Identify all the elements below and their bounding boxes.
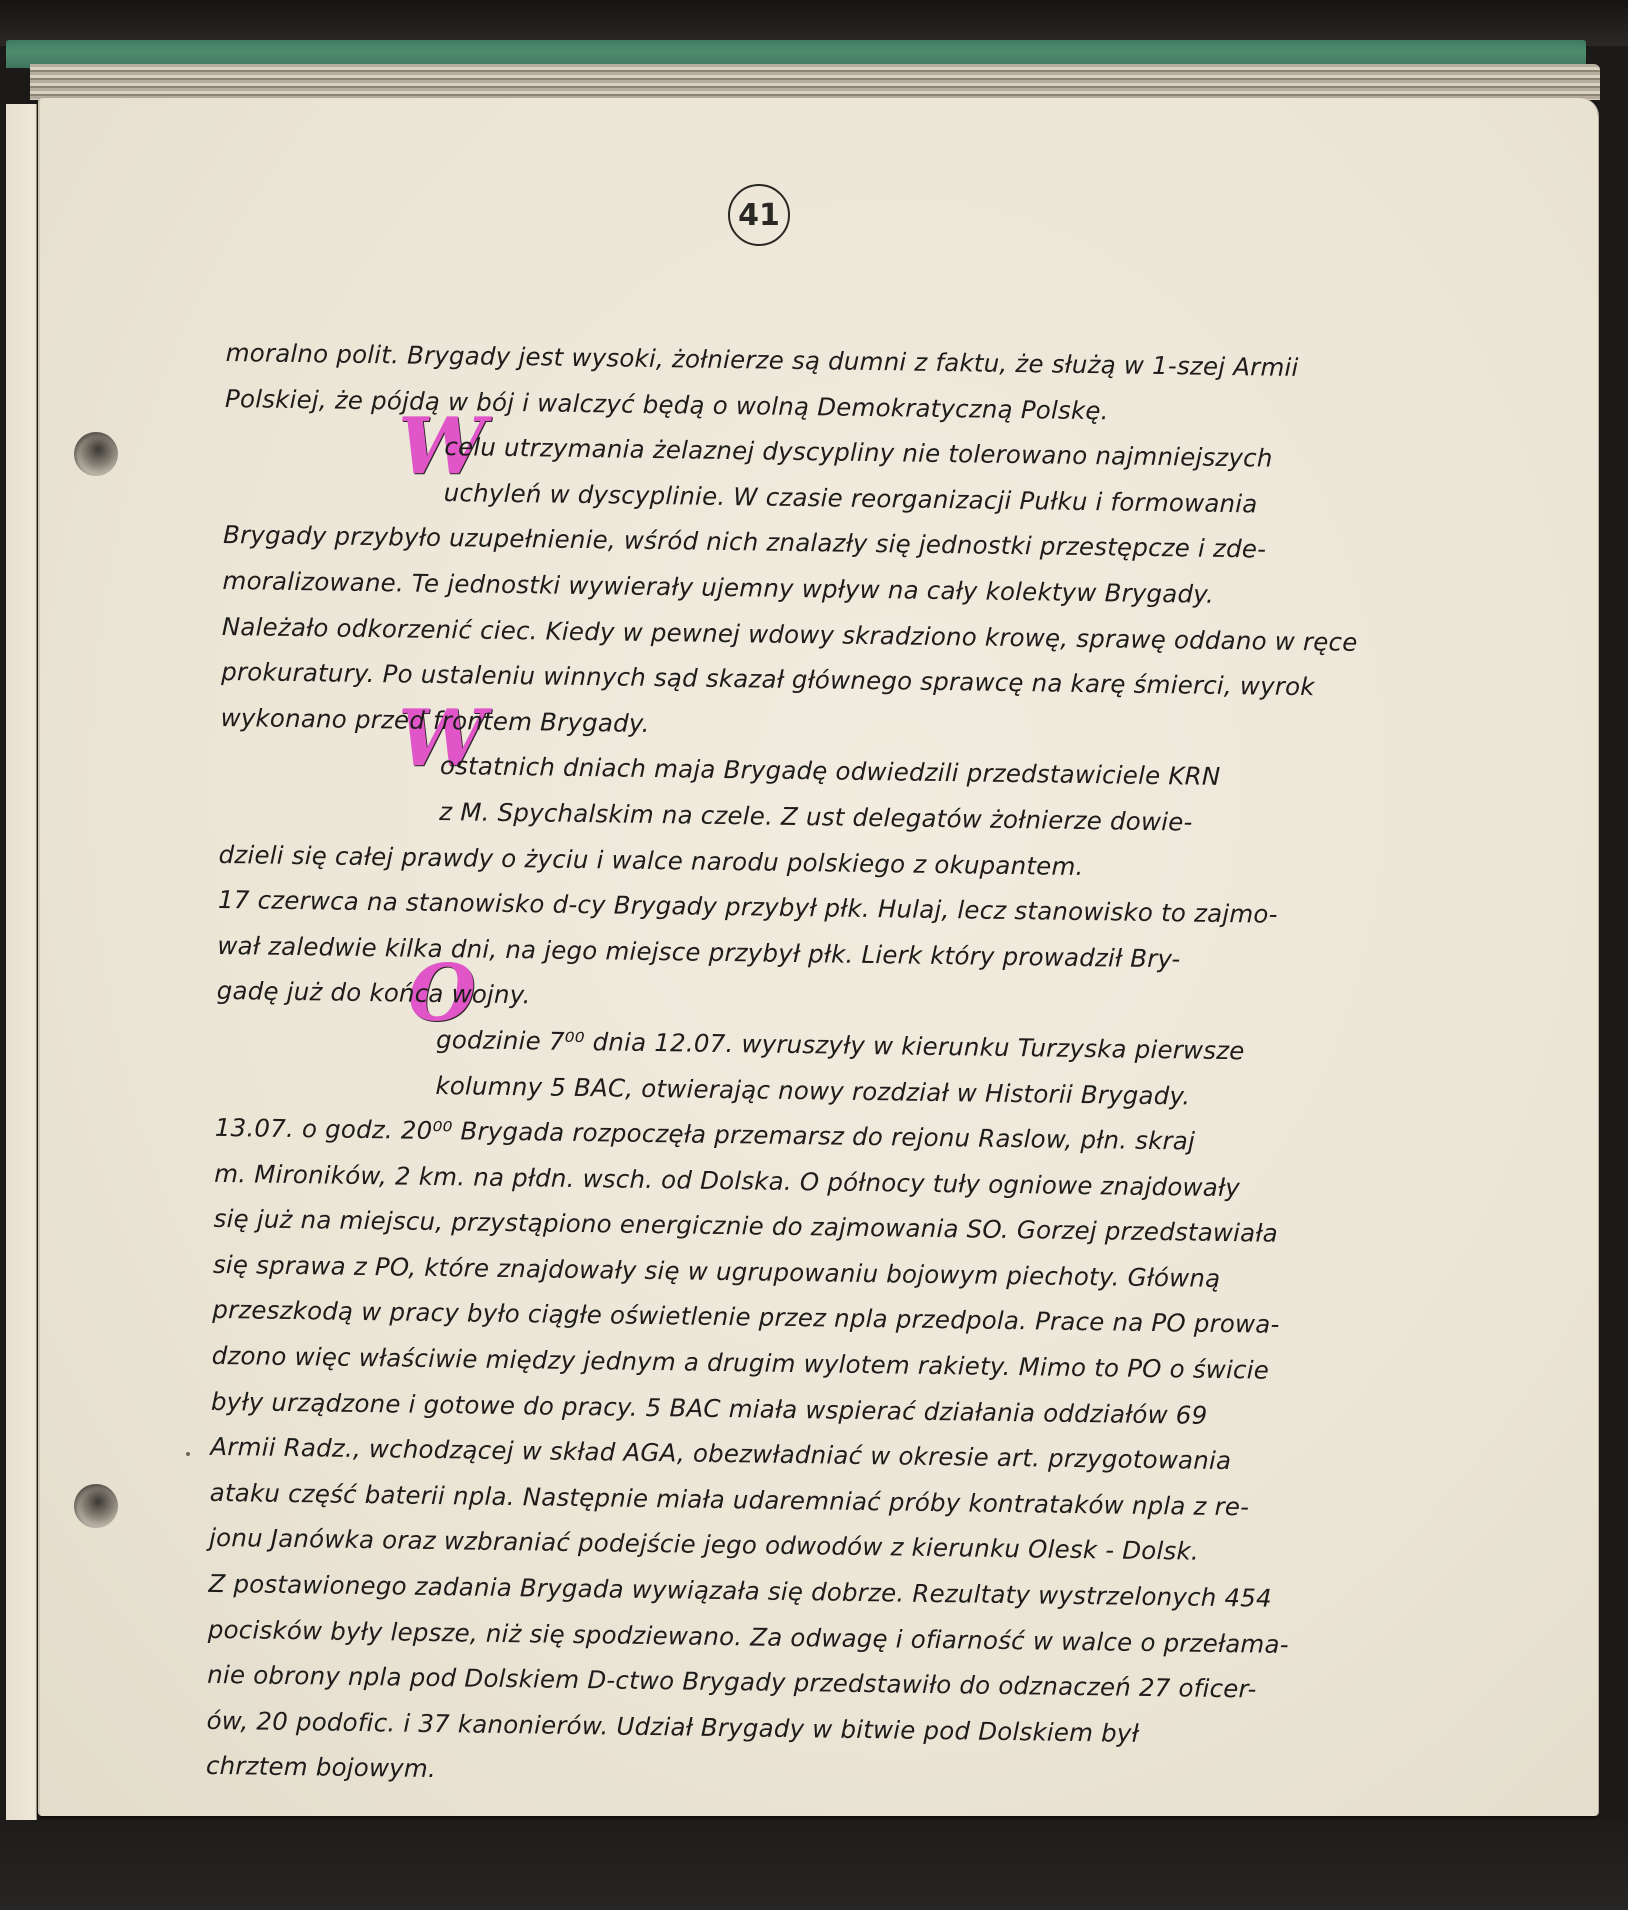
ink-spot (186, 1452, 190, 1456)
handwritten-text: moralno polit. Brygady jest wysoki, żołn… (206, 330, 1406, 1805)
punch-hole-icon (74, 1484, 118, 1528)
punch-hole-icon (74, 432, 118, 476)
page-number-badge: 41 (728, 184, 790, 246)
scan-background-bottom (0, 1820, 1628, 1910)
page-stack-edge (30, 64, 1600, 100)
previous-page-edge (6, 104, 37, 1836)
